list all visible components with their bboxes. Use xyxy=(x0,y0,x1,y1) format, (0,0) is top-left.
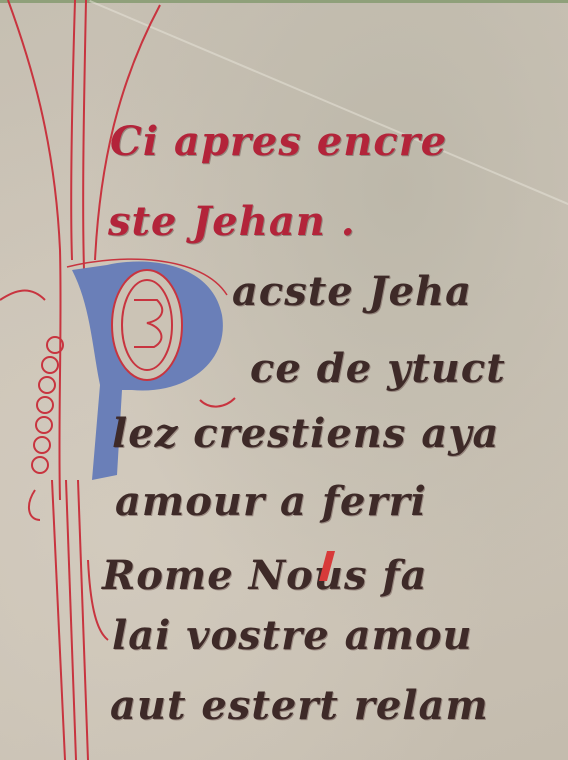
parchment-page: Ci apres encre ste Jehan . acste Jeha ce… xyxy=(0,0,568,760)
text-line-4: amour a ferri xyxy=(115,478,427,525)
text-line-3: lez crestiens aya xyxy=(112,410,499,457)
text-line-1: acste Jeha xyxy=(232,268,472,315)
text-line-5: Rome Nous fa xyxy=(102,552,428,599)
text-line-2: ce de ytuct xyxy=(250,345,506,392)
rubric-line-2: ste Jehan . xyxy=(108,198,356,245)
text-line-6: lai vostre amou xyxy=(112,612,473,659)
rubric-line-1: Ci apres encre xyxy=(110,118,447,165)
text-line-7: aut estert relam xyxy=(110,682,489,729)
